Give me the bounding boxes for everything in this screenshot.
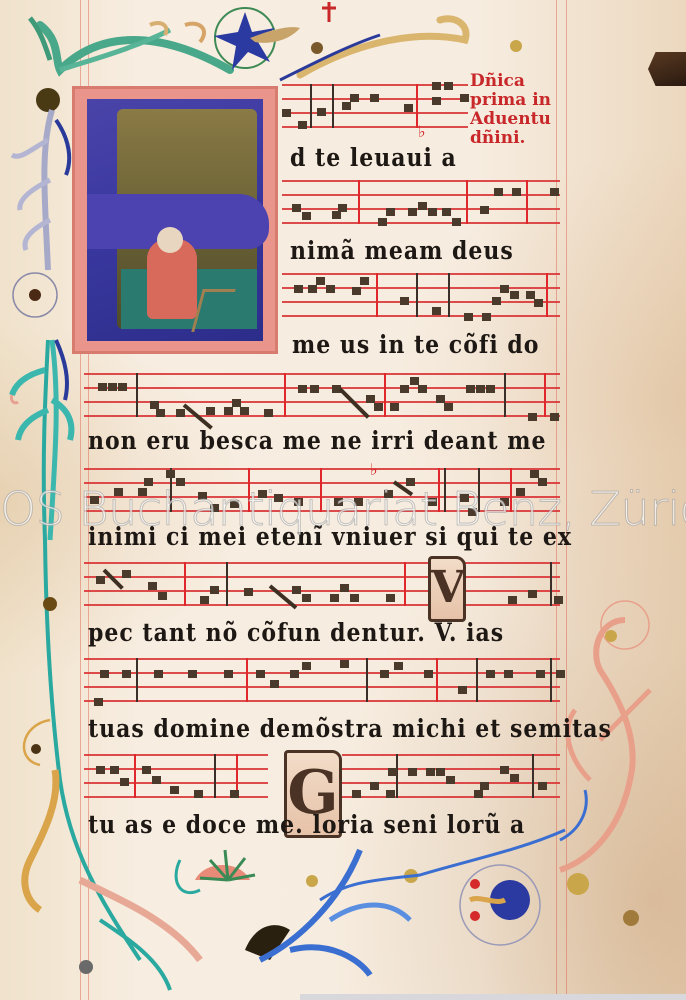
- manuscript-page: Dñica prima in Aduentu dñini. ♭ d te leu…: [0, 0, 686, 1000]
- music-staff-4: [84, 373, 560, 417]
- music-staff-1: [282, 84, 468, 128]
- page-bottom-edge: [300, 994, 686, 1000]
- music-staff-6: [84, 562, 560, 606]
- lyric-line-4: non eru besca me ne irri deant me: [88, 426, 547, 456]
- watermark-text: OS Buchantiquariat Benz, Züric: [0, 482, 686, 536]
- music-staff-3: [282, 273, 560, 317]
- music-staff-2: [282, 180, 560, 224]
- music-staff-7: [84, 658, 560, 702]
- verse-initial-letter: V: [431, 559, 463, 619]
- lyric-line-8: tu as e doce me. loria seni lorũ a: [88, 810, 525, 840]
- flat-sign: ♭: [370, 460, 378, 479]
- rubric-line: Dñica: [470, 72, 551, 91]
- lyric-line-6: pec tant nõ cõfun dentur. V. ias: [88, 618, 504, 648]
- rubric-heading: Dñica prima in Aduentu dñini.: [470, 72, 551, 148]
- music-staff-8a: [84, 754, 268, 798]
- lyric-line-1: d te leuaui a: [290, 143, 457, 173]
- historiated-initial-letter: [87, 99, 263, 341]
- verse-initial-V: V: [428, 556, 466, 622]
- rubric-line: prima in: [470, 91, 551, 110]
- rubric-line: dñini.: [470, 129, 551, 148]
- lyric-line-7: tuas domine demõstra michi et semitas: [88, 714, 612, 744]
- king-david-head: [157, 227, 183, 253]
- historiated-initial-frame: [72, 86, 278, 354]
- lyric-line-3: me us in te cõfi do: [292, 330, 539, 360]
- flat-sign: ♭: [418, 122, 426, 141]
- rubric-line: Aduentu: [470, 110, 551, 129]
- lyric-line-2: nimã meam deus: [290, 236, 514, 266]
- clasp-mark: [648, 52, 686, 86]
- music-staff-8b: [342, 754, 560, 798]
